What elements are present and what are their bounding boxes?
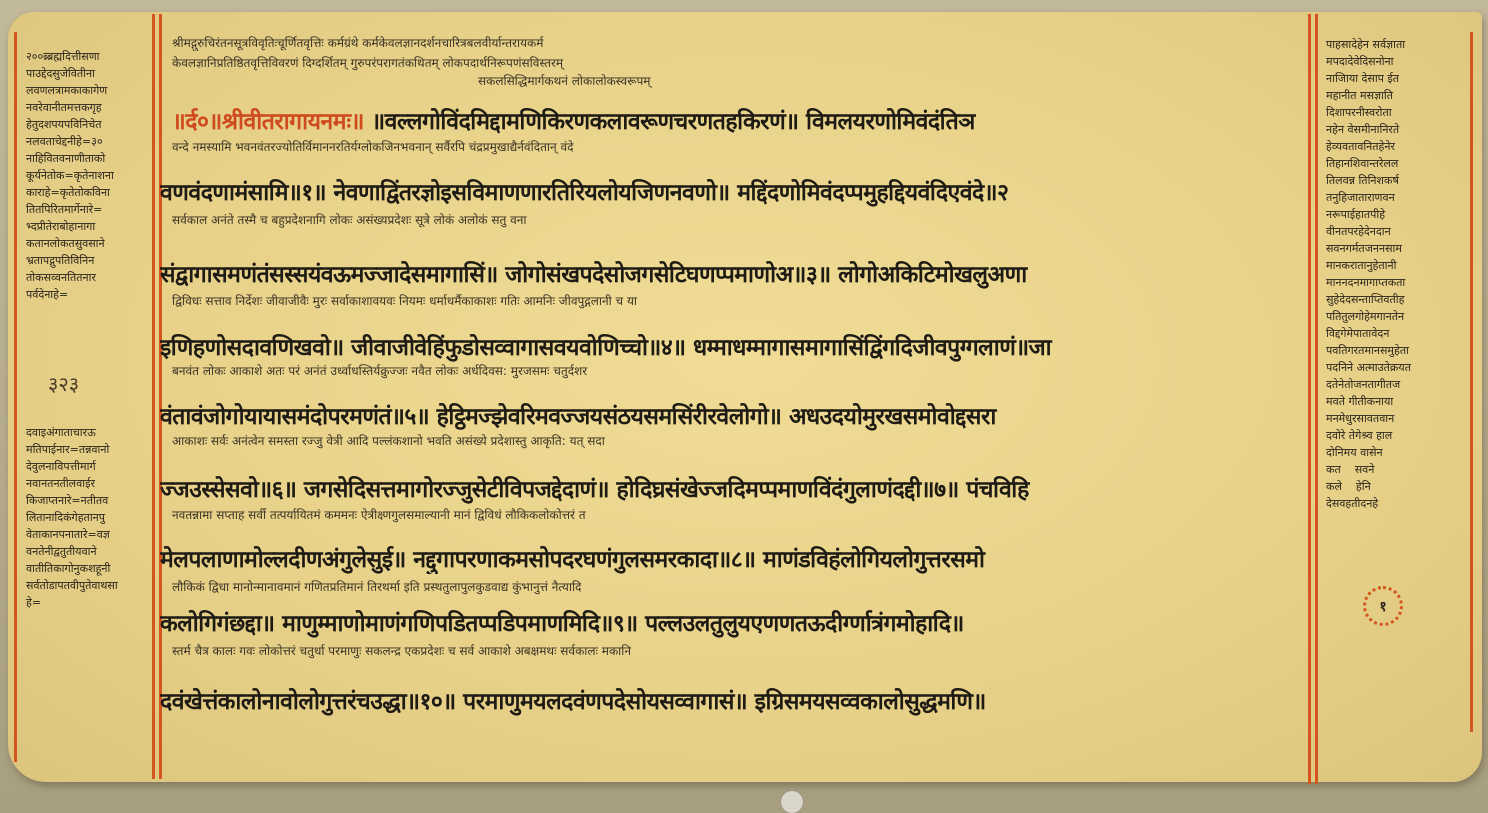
mounting-pin — [780, 790, 804, 813]
gloss-line-5: आकाशः सर्वः अनंत्वेन समस्ता रज्जु वेत्री… — [172, 432, 1302, 449]
gloss-line-7: लौकिकं द्विधा मानोन्मानावमानं गणितप्रतिम… — [172, 578, 1302, 595]
left-edge-rule — [14, 32, 17, 762]
header-gloss-line-2: केवलज्ञानिप्रतिष्ठितवृत्तिविवरणं दिग्दर्… — [172, 54, 1302, 71]
left-column-rule-2 — [159, 14, 162, 779]
left-margin-commentary-top: २००ब्र्ब्रह्मदित्तीसणा पाउद्देदसुजेवितीन… — [26, 48, 148, 368]
main-line-1: ॥र्द०॥श्रीवीतरागायनमः॥ ॥वल्लगोविंदमिद्दा… — [172, 104, 1302, 136]
main-line-3: संद्वागासमणंतंसस्सयंवऊमज्जादेसमागासिं॥ ज… — [160, 257, 1305, 289]
header-gloss-line-3: सकलसिद्धिमार्गकथनं लोकालोकस्वरूपम् — [478, 72, 878, 89]
main-line-5: वंतावंजोगोयायासमंदोपरमणंतं॥५॥ हेट्ठिमज्झ… — [160, 399, 1305, 431]
left-column-rule-1 — [152, 14, 155, 779]
verse-text: ॥वल्लगोविंदमिद्दामणिकिरणकलावरूणचरणतहकिरण… — [371, 109, 974, 135]
main-line-8: कलोगिगंछद्दा॥ माणुम्माणोमाणंगणिपडितप्पडि… — [160, 606, 1305, 638]
right-column-rule-1 — [1308, 14, 1311, 784]
right-edge-rule — [1470, 32, 1473, 732]
gloss-line-3: द्विविधः सत्ताव निर्देशः जीवाजीवैः मुरः … — [172, 292, 1302, 309]
gloss-line-1: वन्दे नमस्यामि भवनवंतरज्योतिर्विमाननरतिर… — [172, 138, 1302, 155]
right-margin-commentary: पाहसादेहेन सर्वज्ञाता मपदादेवेदिसनोना ना… — [1326, 36, 1466, 646]
main-line-2: वणवंदणामंसामि॥१॥ नेवणाद्विंतरज्ञोइसविमाण… — [160, 175, 1305, 207]
header-gloss-line-1: श्रीमद्गुरुचिरंतनसूत्रविवृतिःचूर्णितवृत्… — [172, 34, 1302, 51]
main-line-9: दवंखेत्तंकालोनावोलोगुत्तरंचउद्धा॥१०॥ परम… — [160, 684, 1305, 716]
gloss-line-4: बनवंत लोकः आकाशे अतः परं अनंतं उर्ध्वाधस… — [172, 362, 1302, 379]
folio-number: ३२३ — [48, 370, 79, 397]
main-line-4: इणिहणोसदावणिखवो॥ जीवाजीवेहिंफुडोसव्वागास… — [160, 330, 1305, 362]
main-line-7: मेलपलाणामोल्लदीणअंगुलेसुई॥ नद्दुगापरणाकम… — [160, 542, 1305, 574]
gloss-line-6: नवतन्नामा सप्ताह सर्वी तत्पर्यायितमं कमम… — [172, 506, 1302, 523]
invocation-rubric: ॥र्द०॥श्रीवीतरागायनमः॥ — [172, 109, 364, 135]
left-margin-commentary-bottom: दवाइअंगाताचारऊ मतिपाईनार=तन्नवानो देवुलन… — [26, 424, 148, 664]
gloss-line-8: स्तर्म चैत्र कालः गवः लोकोत्तरं चतुर्धा … — [172, 642, 1302, 659]
gloss-line-2: सर्वकाल अनंते तस्मै च बहुप्रदेशनागि लोकः… — [172, 211, 1302, 228]
decorative-rosette: १ — [1363, 586, 1403, 626]
rosette-label: १ — [1379, 597, 1386, 616]
manuscript-folio: २००ब्र्ब्रह्मदित्तीसणा पाउद्देदसुजेवितीन… — [8, 12, 1482, 782]
main-line-6: ज्जउस्सेसवो॥६॥ जगसेदिसत्तमागोरज्जुसेटीवि… — [160, 472, 1305, 504]
right-column-rule-2 — [1315, 14, 1318, 784]
